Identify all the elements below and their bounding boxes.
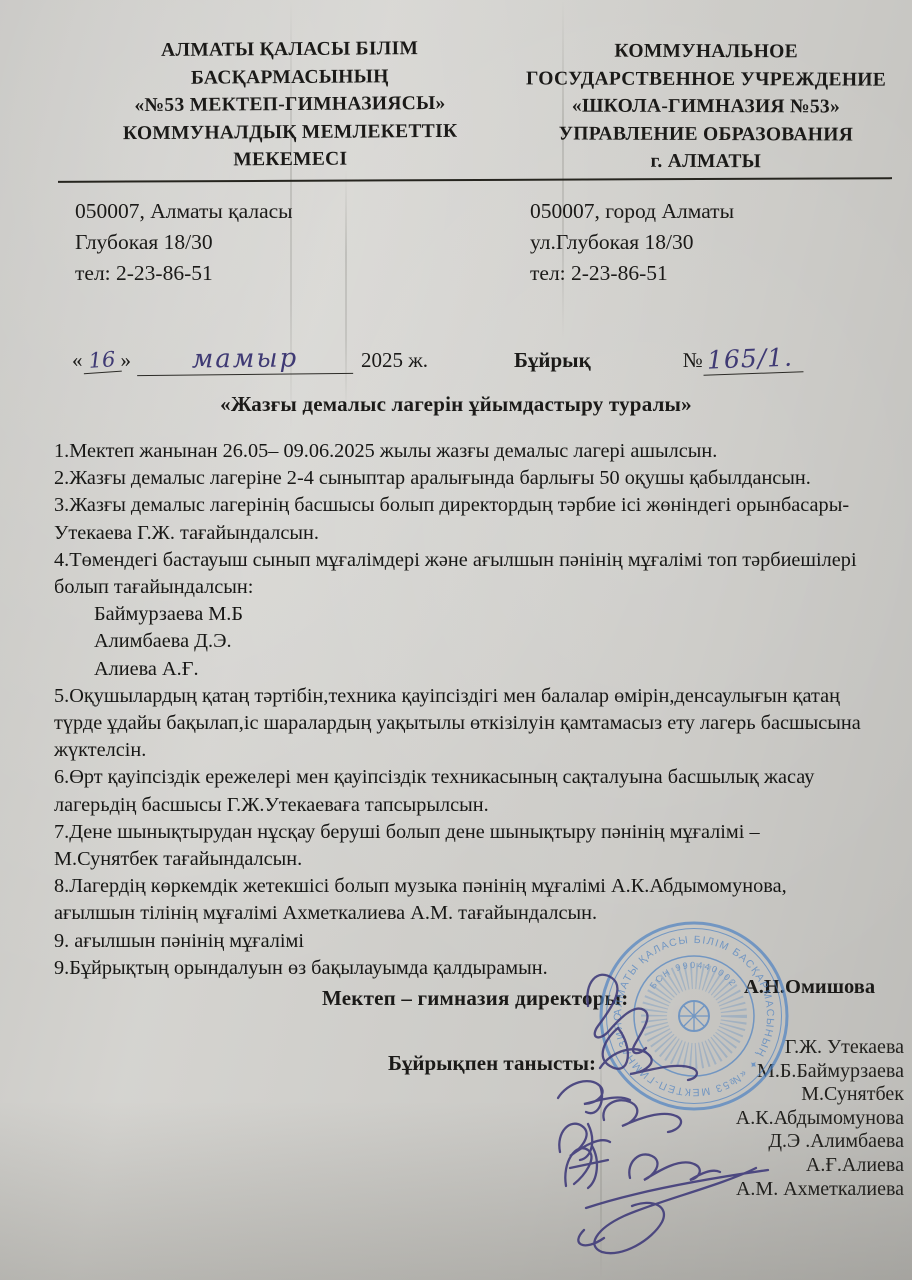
signatory-name: А.М. Ахметкалиева [736, 1178, 904, 1202]
scanned-order-document: АЛМАТЫ ҚАЛАСЫ БІЛІМ БАСҚАРМАСЫНЫҢ «№53 М… [0, 0, 912, 1280]
order-item: 8.Лагердің көркемдік жетекшісі болып муз… [54, 873, 868, 927]
teacher-name: Алиева А.Ғ. [54, 656, 868, 683]
signatory-name: М.Сунятбек [736, 1083, 904, 1107]
number-sign: № [683, 348, 703, 372]
letterhead-line: УПРАВЛЕНИЕ ОБРАЗОВАНИЯ [518, 120, 894, 149]
address-line: 050007, Алматы қаласы [75, 196, 293, 227]
handwritten-order-number: 165/1. [702, 342, 803, 375]
order-body: 1.Мектеп жанынан 26.05– 09.06.2025 жылы … [54, 438, 868, 982]
signatory-name: Д.Э .Алимбаева [736, 1130, 904, 1154]
order-item: 2.Жазғы демалыс лагеріне 2-4 сыныптар ар… [54, 465, 868, 492]
letterhead-line: БАСҚАРМАСЫНЫҢ [92, 62, 488, 92]
teacher-name: Алимбаева Д.Э. [54, 628, 868, 655]
letterhead-line: г. АЛМАТЫ [518, 147, 894, 176]
order-number-group: №165/1. [683, 348, 803, 372]
open-quote: « [72, 348, 83, 372]
header-divider-line [58, 177, 892, 183]
signatory-name: Г.Ж. Утекаева [736, 1036, 904, 1060]
signatory-name: А.К.Абдымомунова [736, 1107, 904, 1131]
address-kazakh: 050007, Алматы қаласы Глубокая 18/30 тел… [75, 196, 293, 289]
teacher-name: Баймурзаева М.Б [54, 601, 868, 628]
handwritten-month: мамыр [137, 343, 353, 376]
director-name: А.Н.Омишова [744, 976, 875, 999]
signature-abdymomunova [559, 1124, 610, 1160]
signatory-name: А.Ғ.Алиева [736, 1154, 904, 1178]
address-russian: 050007, город Алматы ул.Глубокая 18/30 т… [530, 196, 734, 289]
order-item: 1.Мектеп жанынан 26.05– 09.06.2025 жылы … [54, 438, 868, 465]
order-item: 6.Өрт қауіпсіздік ережелері мен қауіпсіз… [54, 764, 868, 818]
address-line: ул.Глубокая 18/30 [530, 227, 734, 258]
letterhead-line: «ШКОЛА-ГИМНАЗИЯ №53» [518, 92, 894, 121]
director-label: Мектеп – гимназия директоры: [322, 986, 628, 1011]
order-item: 5.Оқушылардың қатаң тәртібін,техника қау… [54, 683, 868, 765]
paper-crease [600, 1030, 602, 1280]
address-line: тел: 2-23-86-51 [75, 258, 293, 289]
signature-alimbaeva [565, 1146, 608, 1188]
letterhead-line: АЛМАТЫ ҚАЛАСЫ БІЛІМ [92, 35, 488, 65]
letterhead-russian: КОММУНАЛЬНОЕ ГОСУДАРСТВЕННОЕ УЧРЕЖДЕНИЕ … [518, 37, 894, 176]
letterhead-line: КОММУНАЛЬНОЕ [518, 37, 894, 66]
document-title: «Жазғы демалыс лагерін ұйымдастыру турал… [0, 392, 912, 417]
emblem-shanyrak [679, 1001, 709, 1031]
order-item: 4.Төмендегі бастауыш сынып мұғалімдері ж… [54, 547, 868, 601]
order-item: 7.Дене шынықтырудан нұсқау беруші болып … [54, 819, 868, 873]
order-item: 3.Жазғы демалыс лагерінің басшысы болып … [54, 492, 868, 546]
signatory-name: М.Б.Баймурзаева [736, 1060, 904, 1084]
address-line: Глубокая 18/30 [75, 227, 293, 258]
order-item: 9. ағылшын пәнінің мұғалімі [54, 928, 868, 955]
letterhead-line: ГОСУДАРСТВЕННОЕ УЧРЕЖДЕНИЕ [518, 65, 894, 94]
signature-suniatbek [603, 1100, 681, 1132]
emblem-rays [654, 976, 734, 1056]
address-line: 050007, город Алматы [530, 196, 734, 227]
close-quote: » [121, 348, 132, 372]
order-word: Бұйрық [514, 348, 591, 372]
order-date-line: «16»мамыр2025 ж.Бұйрық№165/1. [72, 344, 892, 375]
signature-utekaeva [600, 1049, 697, 1080]
letterhead-line: КОММУНАЛДЫҚ МЕМЛЕКЕТТІК [92, 117, 488, 147]
signature-baimurzaeva [558, 1081, 630, 1113]
letterhead-kazakh: АЛМАТЫ ҚАЛАСЫ БІЛІМ БАСҚАРМАСЫНЫҢ «№53 М… [92, 35, 489, 175]
acquainted-label: Бұйрықпен танысты: [388, 1051, 596, 1076]
address-line: тел: 2-23-86-51 [530, 258, 734, 289]
handwritten-day: 16 [82, 347, 122, 375]
letterhead-line: МЕКЕМЕСІ [92, 145, 488, 175]
signatory-list: Г.Ж. Утекаева М.Б.Баймурзаева М.Сунятбек… [736, 1036, 904, 1201]
year-label: 2025 ж. [361, 348, 428, 372]
letterhead-line: «№53 МЕКТЕП-ГИМНАЗИЯСЫ» [92, 90, 488, 120]
signature-alieva [629, 1154, 720, 1180]
